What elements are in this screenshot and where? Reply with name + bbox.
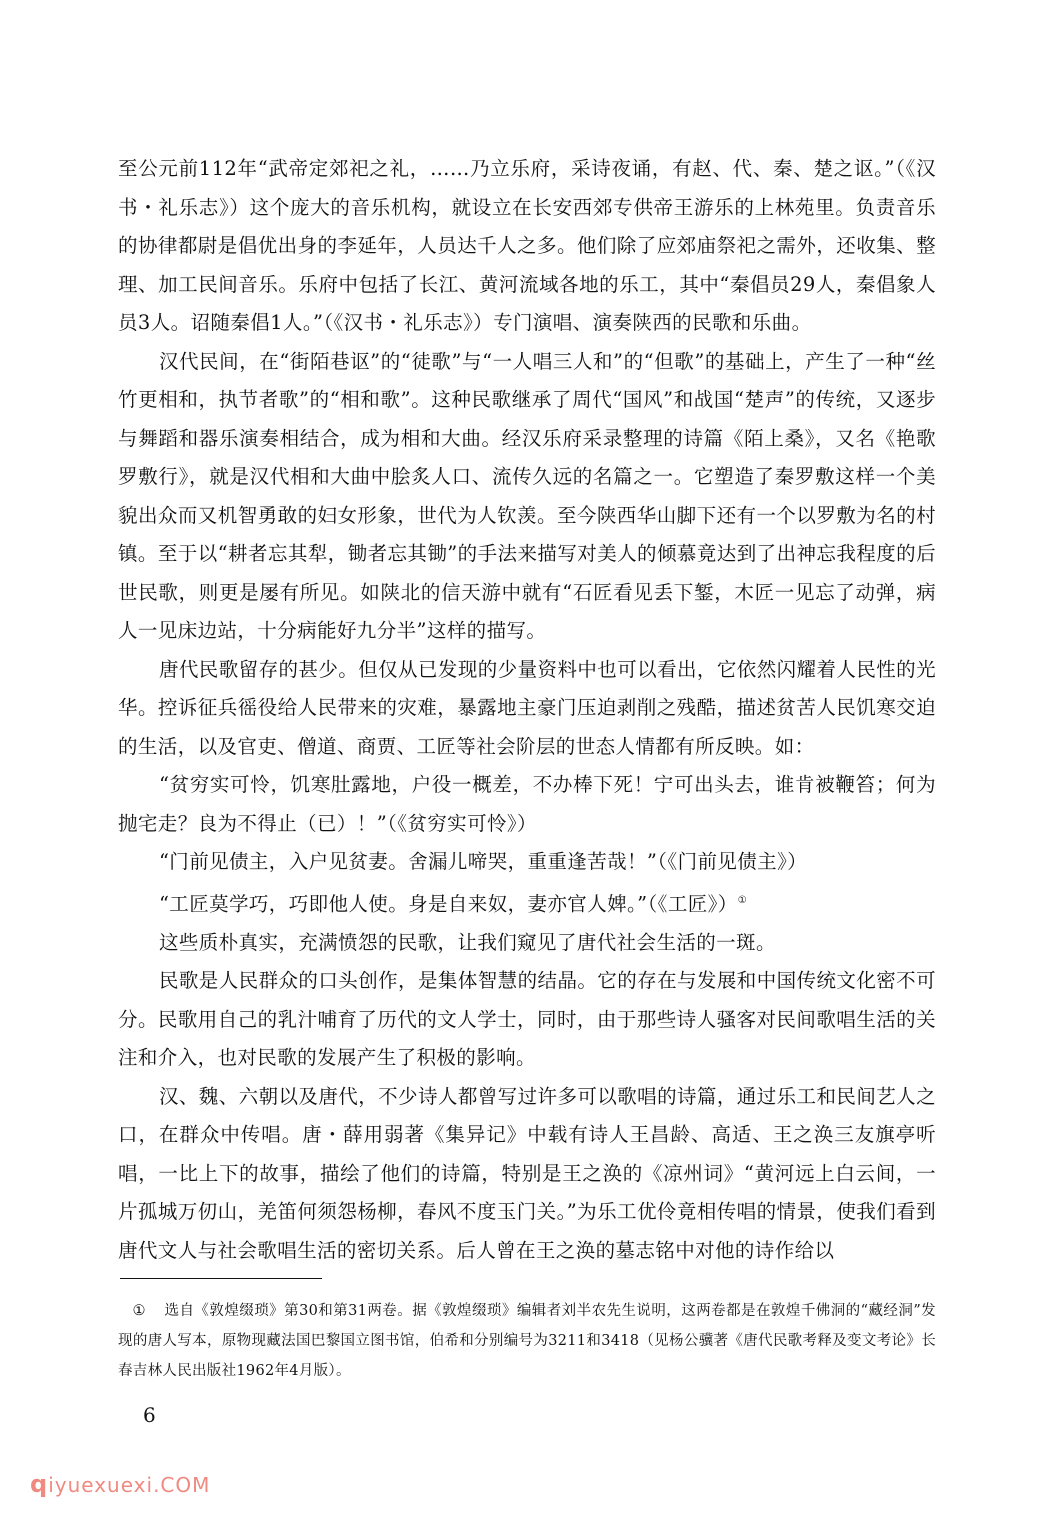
watermark-text: iyuexuexi.COM — [48, 1473, 210, 1497]
footnotes: ①选自《敦煌缀琐》第30和第31两卷。据《敦煌缀琐》编辑者刘半农先生说明，这两卷… — [118, 1296, 936, 1386]
footnote-reference[interactable]: ① — [738, 895, 747, 906]
paragraph-5: 民歌是人民群众的口头创作，是集体智慧的结晶。它的存在与发展和中国传统文化密不可分… — [118, 962, 936, 1078]
page-number: 6 — [143, 1403, 156, 1427]
paragraph-2: 汉代民间，在“街陌巷讴”的“徒歌”与“一人唱三人和”的“但歌”的基础上，产生了一… — [118, 343, 936, 651]
quote-craftsman: “工匠莫学巧，巧即他人使。身是自来奴，妻亦官人婢。”（《工匠》）① — [118, 882, 936, 924]
quote-creditor: “门前见债主，入户见贫妻。舍漏儿啼哭，重重逢苦哉！”（《门前见债主》） — [118, 843, 936, 882]
watermark-q: q — [30, 1470, 48, 1498]
footnote-marker: ① — [118, 1296, 164, 1326]
paragraph-3: 唐代民歌留存的甚少。但仅从已发现的少量资料中也可以看出，它依然闪耀着人民性的光华… — [118, 651, 936, 767]
watermark-logo: qiyuexuexi.COM — [30, 1470, 210, 1498]
paragraph-4: 这些质朴真实，充满愤怨的民歌，让我们窥见了唐代社会生活的一斑。 — [118, 924, 936, 963]
page-body: 至公元前112年“武帝定郊祀之礼，……乃立乐府，采诗夜诵，有赵、代、秦、楚之讴。… — [118, 150, 936, 1270]
footnote-1: ①选自《敦煌缀琐》第30和第31两卷。据《敦煌缀琐》编辑者刘半农先生说明，这两卷… — [118, 1296, 936, 1386]
footnote-divider — [120, 1278, 322, 1279]
paragraph-1: 至公元前112年“武帝定郊祀之礼，……乃立乐府，采诗夜诵，有赵、代、秦、楚之讴。… — [118, 150, 936, 343]
footnote-text: 选自《敦煌缀琐》第30和第31两卷。据《敦煌缀琐》编辑者刘半农先生说明，这两卷都… — [118, 1303, 936, 1379]
quote-poverty: “贫穷实可怜，饥寒肚露地，户役一概差，不办棒下死！宁可出头去，谁肯被鞭笞；何为抛… — [118, 766, 936, 843]
paragraph-6: 汉、魏、六朝以及唐代，不少诗人都曾写过许多可以歌唱的诗篇，通过乐工和民间艺人之口… — [118, 1078, 936, 1271]
quote-craftsman-text: “工匠莫学巧，巧即他人使。身是自来奴，妻亦官人婢。”（《工匠》） — [159, 892, 738, 915]
